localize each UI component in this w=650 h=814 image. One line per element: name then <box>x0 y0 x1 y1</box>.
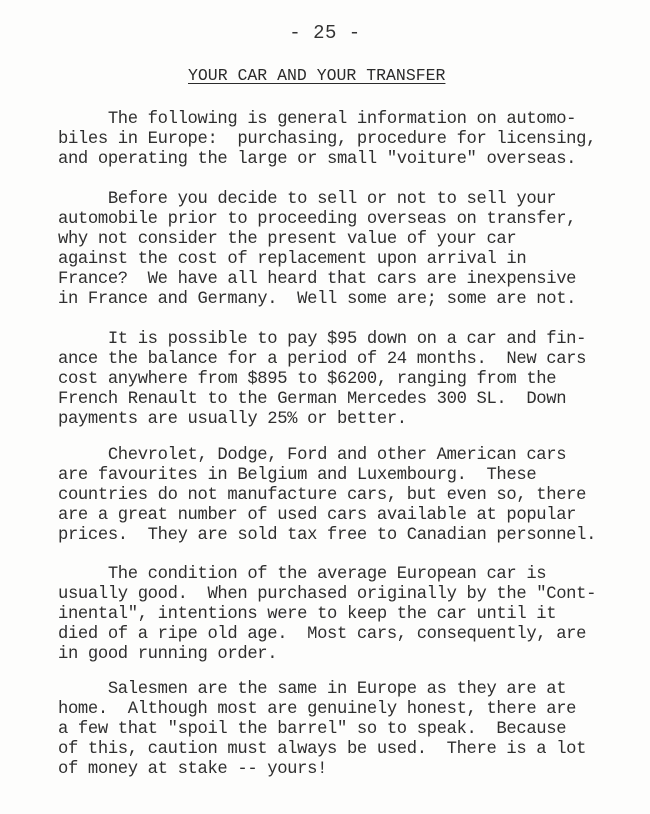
document-title: YOUR CAR AND YOUR TRANSFER <box>188 66 445 85</box>
text-line: cost anywhere from $895 to $6200, rangin… <box>58 370 638 390</box>
text-line: payments are usually 25% or better. <box>58 410 638 430</box>
text-line: died of a ripe old age. Most cars, conse… <box>58 625 638 645</box>
text-line: against the cost of replacement upon arr… <box>58 250 638 270</box>
text-line: ance the balance for a period of 24 mont… <box>58 350 638 370</box>
paragraph-salesmen: Salesmen are the same in Europe as they … <box>58 680 638 780</box>
text-line: of this, caution must always be used. Th… <box>58 740 638 760</box>
text-line: countries do not manufacture cars, but e… <box>58 486 638 506</box>
text-line: Salesmen are the same in Europe as they … <box>58 680 638 700</box>
text-line: why not consider the present value of yo… <box>58 230 638 250</box>
paragraph-american-cars: Chevrolet, Dodge, Ford and other America… <box>58 446 638 546</box>
text-line: Chevrolet, Dodge, Ford and other America… <box>58 446 638 466</box>
text-line: of money at stake -- yours! <box>58 760 638 780</box>
text-line: Before you decide to sell or not to sell… <box>58 190 638 210</box>
paragraph-financing: It is possible to pay $95 down on a car … <box>58 330 638 430</box>
text-line: in good running order. <box>58 645 638 665</box>
page-number: - 25 - <box>0 22 650 44</box>
text-line: are a great number of used cars availabl… <box>58 506 638 526</box>
text-line: The following is general information on … <box>58 110 638 130</box>
document-page: - 25 - YOUR CAR AND YOUR TRANSFER The fo… <box>0 0 650 814</box>
text-line: are favourites in Belgium and Luxembourg… <box>58 466 638 486</box>
paragraph-condition: The condition of the average European ca… <box>58 565 638 665</box>
text-line: French Renault to the German Mercedes 30… <box>58 390 638 410</box>
text-line: a few that "spoil the barrel" so to spea… <box>58 720 638 740</box>
text-line: automobile prior to proceeding overseas … <box>58 210 638 230</box>
paragraph-introduction: The following is general information on … <box>58 110 638 170</box>
text-line: in France and Germany. Well some are; so… <box>58 290 638 310</box>
text-line: biles in Europe: purchasing, procedure f… <box>58 130 638 150</box>
text-line: The condition of the average European ca… <box>58 565 638 585</box>
text-line: usually good. When purchased originally … <box>58 585 638 605</box>
text-line: prices. They are sold tax free to Canadi… <box>58 526 638 546</box>
text-line: France? We have all heard that cars are … <box>58 270 638 290</box>
text-line: and operating the large or small "voitur… <box>58 150 638 170</box>
text-line: inental", intentions were to keep the ca… <box>58 605 638 625</box>
paragraph-sell-or-not: Before you decide to sell or not to sell… <box>58 190 638 310</box>
text-line: home. Although most are genuinely honest… <box>58 700 638 720</box>
text-line: It is possible to pay $95 down on a car … <box>58 330 638 350</box>
